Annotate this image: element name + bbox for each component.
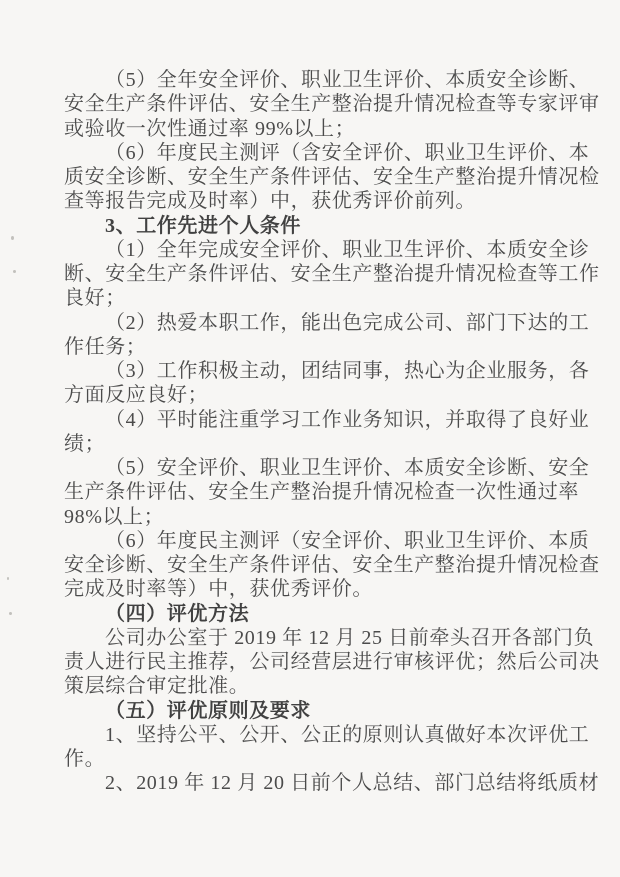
text-line: 质安全诊断、安全生产条件评估、安全生产整治提升情况检: [64, 165, 559, 189]
text-line: 断、安全生产条件评估、安全生产整治提升情况检查等工作: [64, 262, 559, 286]
text-line: （4）平时能注重学习工作业务知识，并取得了良好业: [64, 408, 559, 432]
scan-artifact: [9, 612, 12, 615]
text-line: （5）全年安全评价、职业卫生评价、本质安全诊断、: [64, 68, 559, 92]
text-line: 或验收一次性通过率 99%以上；: [64, 117, 559, 141]
section-heading-line: 3、工作先进个人条件: [64, 214, 559, 238]
text-line: 绩；: [64, 432, 559, 456]
text-line: 完成及时率等）中，获优秀评价。: [64, 577, 559, 601]
text-line: 安全诊断、安全生产条件评估、安全生产整治提升情况检查: [64, 553, 559, 577]
scan-artifact: [11, 236, 14, 240]
text-line: （6）年度民主测评（安全评价、职业卫生评价、本质: [64, 529, 559, 553]
text-line: 良好；: [64, 286, 559, 310]
scan-artifact: [7, 577, 9, 580]
text-line: 作任务；: [64, 335, 559, 359]
document-lines: （5）全年安全评价、职业卫生评价、本质安全诊断、安全生产条件评估、安全生产整治提…: [64, 68, 559, 796]
text-line: 责人进行民主推荐，公司经营层进行审核评优；然后公司决: [64, 650, 559, 674]
scanned-document-page: （5）全年安全评价、职业卫生评价、本质安全诊断、安全生产条件评估、安全生产整治提…: [0, 0, 620, 877]
text-line: 2、2019 年 12 月 20 日前个人总结、部门总结将纸质材: [64, 771, 559, 795]
text-line: 1、坚持公平、公开、公正的原则认真做好本次评优工: [64, 723, 559, 747]
text-line: 方面反应良好；: [64, 383, 559, 407]
text-line: （6）年度民主测评（含安全评价、职业卫生评价、本: [64, 141, 559, 165]
text-line: 作。: [64, 747, 559, 771]
text-line: 98%以上；: [64, 505, 559, 529]
section-heading-line: （五）评优原则及要求: [64, 699, 559, 723]
text-line: 生产条件评估、安全生产整治提升情况检查一次性通过率: [64, 480, 559, 504]
text-line: 查等报告完成及时率）中，获优秀评价前列。: [64, 189, 559, 213]
text-line: （3）工作积极主动，团结同事，热心为企业服务，各: [64, 359, 559, 383]
text-line: （1）全年完成安全评价、职业卫生评价、本质安全诊: [64, 238, 559, 262]
text-line: 公司办公室于 2019 年 12 月 25 日前牵头召开各部门负: [64, 626, 559, 650]
text-line: （5）安全评价、职业卫生评价、本质安全诊断、安全: [64, 456, 559, 480]
section-heading-line: （四）评优方法: [64, 602, 559, 626]
text-line: （2）热爱本职工作，能出色完成公司、部门下达的工: [64, 311, 559, 335]
scan-artifact: [13, 270, 16, 273]
text-line: 安全生产条件评估、安全生产整治提升情况检查等专家评审: [64, 92, 559, 116]
text-line: 策层综合审定批准。: [64, 674, 559, 698]
